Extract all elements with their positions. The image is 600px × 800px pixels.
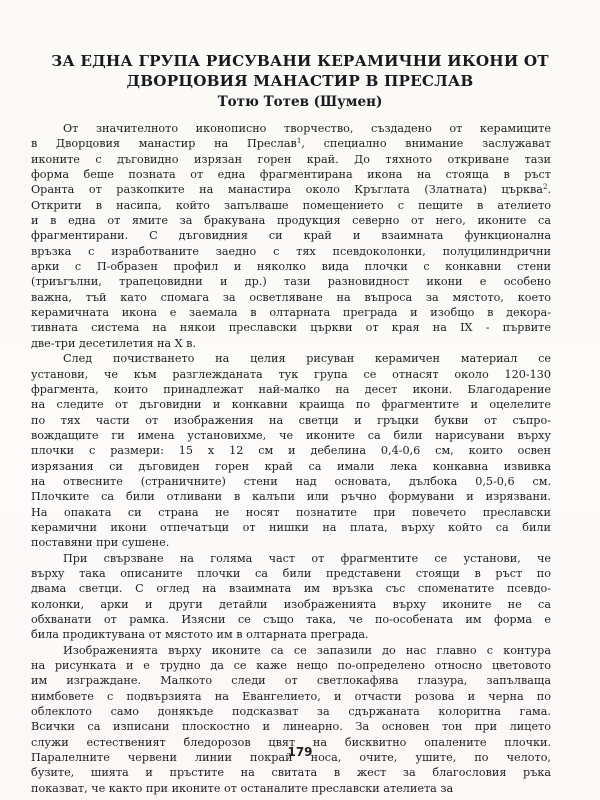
paragraph-line: по тях части от изображения на светци и … <box>31 413 551 428</box>
paragraph-line: обхванати от рамка. Изясни се също така,… <box>31 612 551 627</box>
paragraph-line: вождащите ги имена установихме, че икони… <box>31 428 551 443</box>
paragraph-line: поставяни при сушене. <box>31 535 551 550</box>
paragraph-line: Всички са изписани плоскостно и линеарно… <box>31 719 551 734</box>
page-number: 179 <box>0 745 600 759</box>
paragraph-line: им изграждане. Малкото следи от светлока… <box>31 673 551 688</box>
paragraph-line: (триъгълни, трапецовидни и др.) тази раз… <box>31 274 551 289</box>
paragraph-line: бузите, шията и пръстите на свитата в же… <box>31 765 551 780</box>
paragraph-line: изрязания си дъговиден горен край са има… <box>31 459 551 474</box>
title-line-1: ЗА ЕДНА ГРУПА РИСУВАНИ КЕРАМИЧНИ ИКОНИ О… <box>40 51 560 71</box>
paragraph-line: нимбовете с подвързията на Евангелието, … <box>31 689 551 704</box>
paragraph-line: важна, тъй като спомага за осветляване н… <box>31 290 551 305</box>
article-title: ЗА ЕДНА ГРУПА РИСУВАНИ КЕРАМИЧНИ ИКОНИ О… <box>40 51 560 91</box>
paragraph-line: форма беше позната от една фрагментирана… <box>31 167 551 182</box>
paragraph-line: тивната система на някои преславски църк… <box>31 320 551 335</box>
paragraph-line: на отвесните (страничните) стени над осн… <box>31 474 551 489</box>
paragraph-line: двама светци. С оглед на взаимната им вр… <box>31 581 551 596</box>
paragraph-line: иконите с дъговидно изрязан горен край. … <box>31 152 551 167</box>
paragraph-line: керамични икони отпечатъци от нишки на п… <box>31 520 551 535</box>
paragraph-line: От значителното иконописно творчество, с… <box>31 121 551 136</box>
paragraph-line: две-три десетилетия на X в. <box>31 336 551 351</box>
paragraph-line: арки с П-образен профил и няколко вида п… <box>31 259 551 274</box>
paragraph-line: плочки с размери: 15 x 12 см и дебелина … <box>31 443 551 458</box>
author-byline: Тотю Тотев (Шумен) <box>40 94 560 110</box>
paragraph-line: фрагмента, които принадлежат най-малко н… <box>31 382 551 397</box>
paragraph-line: колонки, арки и други детайли изображени… <box>31 597 551 612</box>
paragraph-line: Открити в насипа, който запълваше помеще… <box>31 198 551 213</box>
paragraph-line: показват, че както при иконите от остана… <box>31 781 551 796</box>
document-page: ЗА ЕДНА ГРУПА РИСУВАНИ КЕРАМИЧНИ ИКОНИ О… <box>0 0 600 800</box>
paragraph-line: била продиктувана от мястото им в олтарн… <box>31 627 551 642</box>
paragraph-line: Изображенията върху иконите са се запази… <box>31 643 551 658</box>
paragraph-line: На опаката си страна не носят познатите … <box>31 505 551 520</box>
paragraph-line: При свързване на голяма част от фрагмент… <box>31 551 551 566</box>
paragraph-line: Плочките са били отливани в калъпи или р… <box>31 489 551 504</box>
paragraph-line: на рисунката и е трудно да се каже нещо … <box>31 658 551 673</box>
article-body: От значителното иконописно творчество, с… <box>31 121 551 796</box>
paragraph-line: установи, че към разглежданата тук група… <box>31 367 551 382</box>
paragraph-line: на следите от дъговидни и конкавни краищ… <box>31 397 551 412</box>
paragraph-line: фрагментирани. С дъговидния си край и вз… <box>31 228 551 243</box>
paragraph-line: Оранта от разкопките на манастира около … <box>31 182 551 197</box>
paragraph-line: връзка с изработваните заедно с тях псев… <box>31 244 551 259</box>
paragraph-line: керамичната икона е заемала в олтарната … <box>31 305 551 320</box>
paragraph-line: и в една от ямите за бракувана продукция… <box>31 213 551 228</box>
paragraph-line: облеклото само донякъде подсказват за сд… <box>31 704 551 719</box>
title-line-2: ДВОРЦОВИЯ МАНАСТИР В ПРЕСЛАВ <box>40 71 560 91</box>
paragraph-line: След почистването на целия рисуван керам… <box>31 351 551 366</box>
paragraph-line: върху така описаните плочки са били пред… <box>31 566 551 581</box>
paragraph-line: в Дворцовия манастир на Преслав1, специа… <box>31 136 551 151</box>
